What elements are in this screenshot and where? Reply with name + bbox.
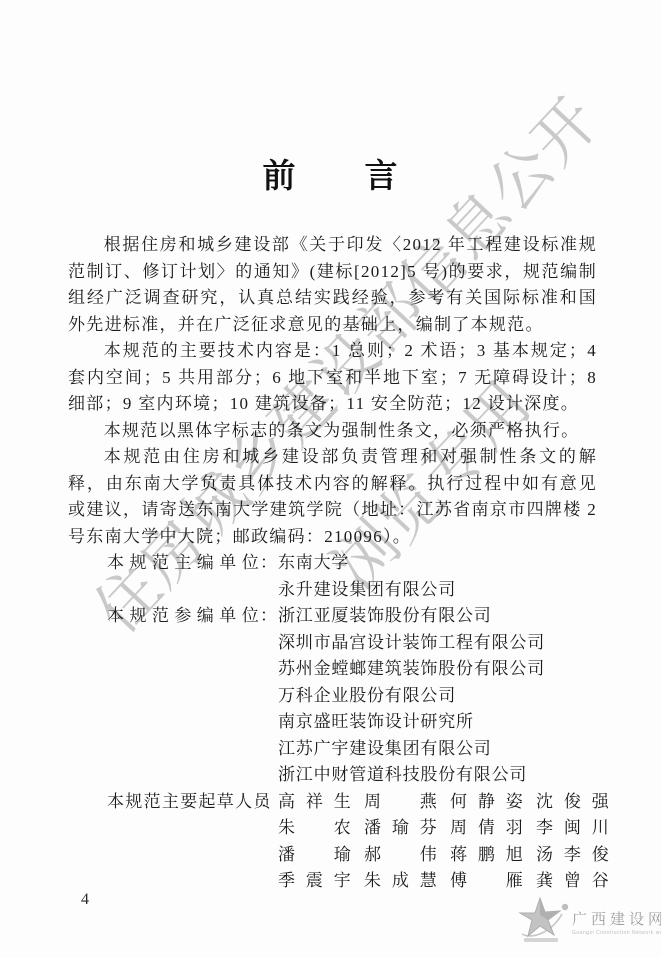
chief-editor-unit: 永升建设集团有限公司 [278, 577, 456, 604]
participating-unit: 浙江亚厦装饰股份有限公司 [278, 603, 492, 630]
page-number: 4 [81, 891, 89, 909]
participating-units-label: 本规范参编单位 [107, 603, 260, 630]
drafter-name: 高祥生 [278, 789, 352, 816]
drafters-row: 潘 瑜郝 伟蒋鹏旭汤李俊 [107, 842, 597, 869]
participating-unit: 深圳市晶宫设计装饰工程有限公司 [278, 630, 545, 657]
participating-unit: 万科企业股份有限公司 [278, 683, 456, 710]
participating-units-row: 本规范参编单位：浙江亚厦装饰股份有限公司 [107, 603, 597, 630]
paragraph-mandatory: 本规范以黑体字标志的条文为强制性条文，必须严格执行。 [68, 418, 597, 445]
site-logo: 广西建设网 Guangxi Construction Network www [518, 894, 661, 948]
chief-editor-row: 永升建设集团有限公司 [107, 577, 597, 604]
star-logo-icon [518, 894, 570, 948]
participating-unit: 浙江中财管道科技股份有限公司 [278, 762, 527, 789]
label-colon: ： [260, 550, 278, 577]
paragraph-contents: 本规范的主要技术内容是：1 总则；2 术语；3 基本规定；4 套内空间；5 共用… [68, 338, 597, 418]
participating-units-row: 万科企业股份有限公司 [107, 683, 597, 710]
chief-editor-label: 本规范主编单位 [107, 550, 260, 577]
paragraph-management: 本规范由住房和城乡建设部负责管理和对强制性条文的解释，由东南大学负责具体技术内容… [68, 444, 597, 550]
drafter-name: 潘 瑜 [278, 842, 352, 869]
drafter-name: 潘瑜芬 [364, 815, 438, 842]
drafters-label: 本规范主要起草人员 [107, 789, 260, 816]
drafter-name: 沈俊强 [536, 789, 610, 816]
label-colon: ： [260, 789, 278, 816]
chief-editor-unit: 东南大学 [278, 550, 349, 577]
body-text: 根据住房和城乡建设部《关于印发〈2012 年工程建设标准规范制订、修订计划〉的通… [68, 232, 597, 895]
drafter-name: 蒋鹏旭 [450, 842, 524, 869]
logo-text-block: 广西建设网 Guangxi Construction Network www [572, 894, 661, 936]
label-colon: ： [260, 603, 278, 630]
page-title: 前 言 [0, 161, 661, 194]
document-page: 住房城乡建设部信息公开 浏览专用 前 言 根据住房和城乡建设部《关于印发〈201… [0, 0, 661, 958]
logo-caption-smudge [524, 938, 558, 942]
participating-units-row: 江苏广宇建设集团有限公司 [107, 736, 597, 763]
logo-tagline: Guangxi Construction Network www [572, 930, 661, 936]
drafter-name: 周倩羽 [450, 815, 524, 842]
drafters-row: 朱 农潘瑜芬周倩羽李闽川 [107, 815, 597, 842]
participating-units-row: 苏州金螳螂建筑装饰股份有限公司 [107, 656, 597, 683]
participating-unit: 苏州金螳螂建筑装饰股份有限公司 [278, 656, 545, 683]
drafter-name: 朱成慧 [364, 868, 438, 895]
drafter-name: 郝 伟 [364, 842, 438, 869]
drafter-name: 周 燕 [364, 789, 438, 816]
drafters-row: 本规范主要起草人员：高祥生周 燕何静姿沈俊强 [107, 789, 597, 816]
logo-title: 广西建设网 [572, 908, 661, 929]
paragraph-basis: 根据住房和城乡建设部《关于印发〈2012 年工程建设标准规范制订、修订计划〉的通… [68, 232, 597, 338]
drafter-name: 季震宇 [278, 868, 352, 895]
drafter-name: 何静姿 [450, 789, 524, 816]
drafter-name: 傅 雁 [450, 868, 524, 895]
participating-units-row: 浙江中财管道科技股份有限公司 [107, 762, 597, 789]
drafter-name: 龚曾谷 [536, 868, 610, 895]
drafters-row: 季震宇朱成慧傅 雁龚曾谷 [107, 868, 597, 895]
participating-unit: 江苏广宇建设集团有限公司 [278, 736, 492, 763]
participating-units-row: 深圳市晶宫设计装饰工程有限公司 [107, 630, 597, 657]
drafter-name: 朱 农 [278, 815, 352, 842]
chief-editor-row: 本规范主编单位：东南大学 [107, 550, 597, 577]
participating-unit: 南京盛旺装饰设计研究所 [278, 709, 474, 736]
drafter-name: 李闽川 [536, 815, 610, 842]
participating-units-row: 南京盛旺装饰设计研究所 [107, 709, 597, 736]
drafter-name: 汤李俊 [536, 842, 610, 869]
